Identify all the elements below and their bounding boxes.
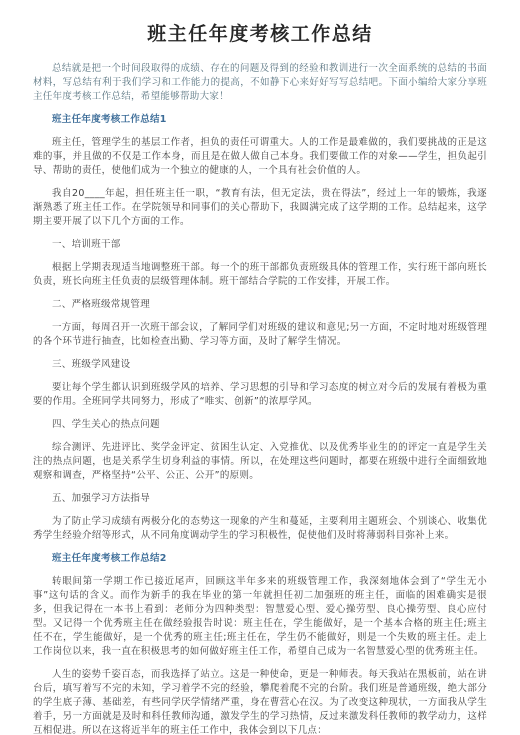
- sub-heading-4: 四、学生关心的热点问题: [33, 418, 487, 432]
- intro-paragraph: 总结就是把一个时间段取得的成绩、存在的问题及得到的经验和教训进行一次全面系统的总…: [33, 62, 487, 104]
- document-title: 班主任年度考核工作总结: [33, 19, 487, 46]
- paragraph: 为了防止学习成绩有两极分化的态势这一现象的产生和蔓延，主要利用主题班会、个别谈心…: [33, 515, 487, 543]
- paragraph: 我自20____年起，担任班主任一职，“教育有法，但无定法，贵在得法”，经过上一…: [33, 187, 487, 229]
- paragraph: 综合测评、先进评比、奖学金评定、贫困生认定、入党推优、以及优秀毕业生的的评定一直…: [33, 441, 487, 483]
- sub-heading-5: 五、加强学习方法指导: [33, 492, 487, 506]
- paragraph: 转眼间第一学期工作已接近尾声，回顾这半年多来的班级管理工作，我深刻地体会到了“学…: [33, 575, 487, 659]
- paragraph: 人生的姿势千姿百态，而我选择了站立。这是一种使命，更是一种师表。每天我站在黑板前…: [33, 668, 487, 735]
- section-1-heading: 班主任年度考核工作总结1: [33, 113, 487, 127]
- document-page: 班主任年度考核工作总结 总结就是把一个时间段取得的成绩、存在的问题及得到的经验和…: [0, 0, 520, 735]
- paragraph: 班主任，管理学生的基层工作者，担负的责任可谓重大。人的工作是最难做的，我们要挑战…: [33, 136, 487, 178]
- paragraph: 根据上学期表现适当地调整班干部。每一个的班干部都负责班级具体的管理工作，实行班干…: [33, 261, 487, 289]
- paragraph: 要让每个学生都认识到班级学风的培养、学习思想的引导和学习态度的树立对今后的发展有…: [33, 381, 487, 409]
- sub-heading-3: 三、班级学风建设: [33, 358, 487, 372]
- sub-heading-2: 二、严格班级常规管理: [33, 298, 487, 312]
- section-2-heading: 班主任年度考核工作总结2: [33, 552, 487, 566]
- sub-heading-1: 一、培训班干部: [33, 238, 487, 252]
- paragraph: 一方面，每周召开一次班干部会议，了解同学们对班级的建议和意见;另一方面，不定时地…: [33, 321, 487, 349]
